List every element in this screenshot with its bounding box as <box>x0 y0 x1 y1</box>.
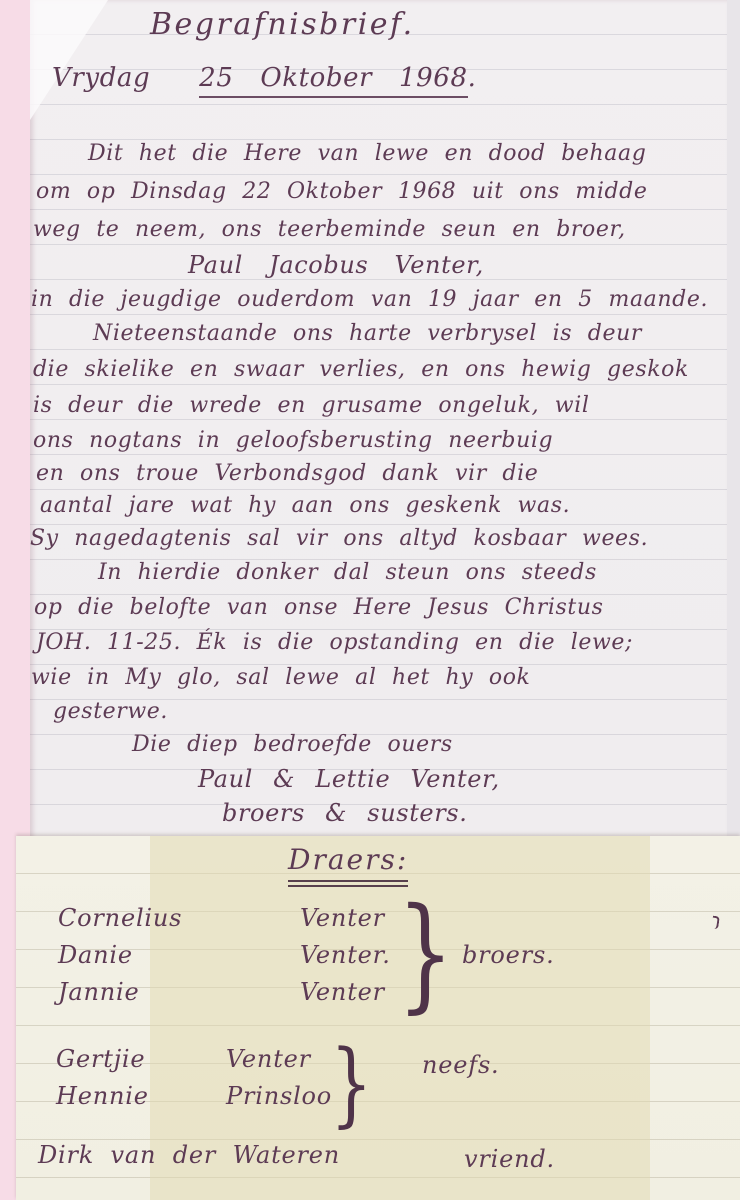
bearer-row: CorneliusVenter <box>58 905 385 931</box>
brothers-brace: } <box>397 896 454 1014</box>
letter-line: ons nogtans in geloofsberusting neerbuig <box>33 429 553 453</box>
cousins-brace: } <box>330 1040 372 1127</box>
date-day: Vrydag <box>52 63 150 93</box>
letter-line: Sy nagedagtenis sal vir ons altyd kosbaa… <box>30 527 648 551</box>
bearer-last-name: Venter. <box>300 941 391 969</box>
paper-fold-corner <box>30 0 108 120</box>
letter-line: op die belofte van onse Here Jesus Chris… <box>34 596 604 620</box>
bearer-row: HenniePrinsloo <box>56 1083 332 1109</box>
letter-line: aantal jare wat hy aan ons geskenk was. <box>40 494 570 518</box>
letter-line: weg te neem, ons teerbeminde seun en bro… <box>33 218 626 242</box>
siblings-line: broers & susters. <box>222 800 467 826</box>
letter-line: die skielike en swaar verlies, en ons he… <box>33 358 689 382</box>
letter-date-line: Vrydag 25 Oktober 1968. <box>52 64 476 93</box>
bearer-last-name: Venter <box>226 1045 311 1073</box>
bearer-last-name: Prinsloo <box>226 1082 332 1110</box>
letter-line: Dit het die Here van lewe en dood behaag <box>88 142 646 166</box>
bearer-row: DanieVenter. <box>58 942 391 968</box>
group-label-vriend: vriend. <box>464 1146 555 1172</box>
bearer-row: GertjieVenter <box>56 1046 311 1072</box>
bearers-heading-text: Draers: <box>288 843 408 887</box>
bearer-full-name: Dirk van der Wateren <box>38 1141 340 1169</box>
bearer-row: Dirk van der Wateren <box>38 1142 340 1168</box>
bearers-heading: Draers: <box>288 845 408 876</box>
closing-line: Die diep bedroefde ouers <box>132 733 453 757</box>
letter-line: wie in My glo, sal lewe al het hy ook <box>31 666 531 690</box>
scanned-funeral-letter: { "page": { "ink_color": "#5d3b54", "bac… <box>0 0 740 1200</box>
bearer-first-name: Cornelius <box>58 905 300 931</box>
bearer-first-name: Hennie <box>56 1083 226 1109</box>
letter-line: om op Dinsdag 22 Oktober 1968 uit ons mi… <box>36 180 647 204</box>
letter-line: en ons troue Verbondsgod dank vir die <box>36 462 538 486</box>
bearer-first-name: Danie <box>58 942 300 968</box>
bearer-last-name: Venter <box>300 978 385 1006</box>
letter-line: is deur die wrede en grusame ongeluk, wi… <box>33 394 589 418</box>
bearer-last-name: Venter <box>300 904 385 932</box>
letter-line: In hierdie donker dal steun ons steeds <box>98 561 597 585</box>
group-label-broers: broers. <box>462 942 555 968</box>
date-underlined: 25 Oktober 1968 <box>199 63 467 98</box>
date-period: . <box>468 63 477 93</box>
letter-title: Begrafnisbrief. <box>150 8 415 41</box>
bearer-row: JannieVenter <box>58 979 385 1005</box>
group-label-neefs: neefs. <box>422 1052 500 1078</box>
scripture-line: JOH. 11-25. Ék is die opstanding en die … <box>36 631 633 655</box>
letter-line: in die jeugdige ouderdom van 19 jaar en … <box>31 288 708 312</box>
letter-line: gesterwe. <box>53 700 168 724</box>
parents-names-line: Paul & Lettie Venter, <box>198 766 500 792</box>
bearer-first-name: Jannie <box>58 979 300 1005</box>
bearer-first-name: Gertjie <box>56 1046 226 1072</box>
letter-line: Nieteenstaande ons harte verbrysel is de… <box>93 322 642 346</box>
deceased-name-line: Paul Jacobus Venter, <box>188 252 484 278</box>
